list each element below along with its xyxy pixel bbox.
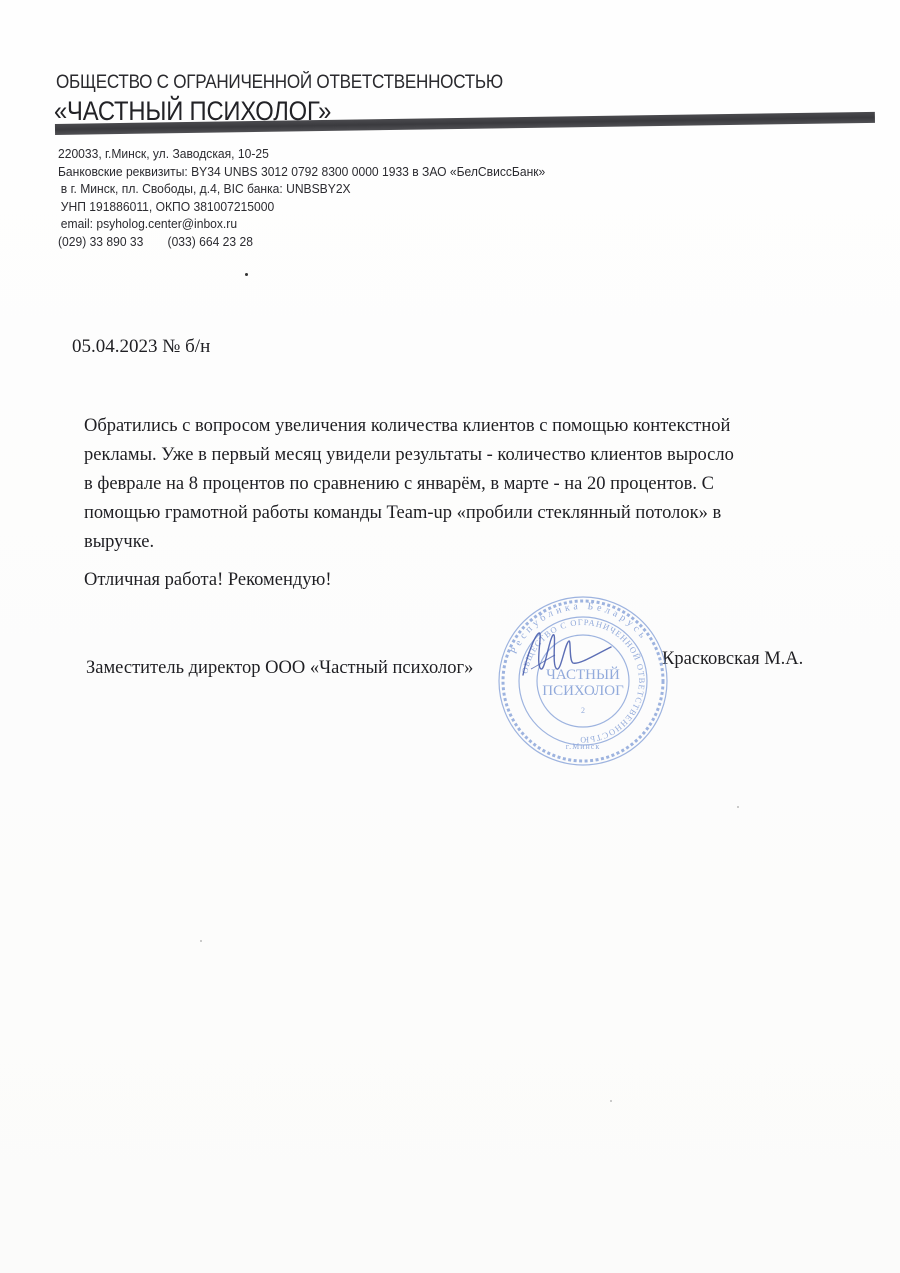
bank-details: Банковские реквизиты: BY34 UNBS 3012 079… (58, 163, 545, 181)
body-line: помощью грамотной работы команды Team-up… (84, 499, 824, 528)
body-line: рекламы. Уже в первый месяц увидели резу… (84, 441, 824, 470)
handwritten-signature-icon (505, 625, 615, 685)
phone-number: (029) 33 890 33 (58, 234, 143, 249)
document-date-reference: 05.04.2023 № б/н (72, 336, 210, 358)
body-line: в феврале на 8 процентов по сравнению с … (84, 470, 824, 499)
registration-numbers: УНП 191886011, ОКПО 381007215000 (58, 198, 545, 216)
closing-recommendation: Отличная работа! Рекомендую! (84, 570, 332, 591)
phone-number: (033) 664 23 28 (168, 234, 253, 249)
stamp-center-line-2: ПСИХОЛОГ (542, 683, 624, 699)
signer-title: Заместитель директор ООО «Частный психол… (86, 658, 473, 679)
org-type-heading: ОБЩЕСТВО С ОГРАНИЧЕННОЙ ОТВЕТСТВЕННОСТЬЮ (56, 72, 503, 94)
company-address: 220033, г.Минск, ул. Заводская, 10-25 (58, 145, 545, 163)
letter-body: Обратились с вопросом увеличения количес… (84, 412, 824, 557)
signer-name: Красковская М.А. (662, 649, 803, 670)
stamp-number: 2 (581, 706, 585, 715)
document-page: ОБЩЕСТВО С ОГРАНИЧЕННОЙ ОТВЕТСТВЕННОСТЬЮ… (0, 0, 900, 1273)
body-line: выручке. (84, 528, 824, 557)
bank-location: в г. Минск, пл. Свободы, д.4, BIC банка:… (58, 180, 545, 198)
company-phones: (029) 33 890 33(033) 664 23 28 (58, 233, 545, 251)
company-requisites: 220033, г.Минск, ул. Заводская, 10-25 Ба… (58, 145, 545, 250)
stamp-city: г.Минск (566, 742, 601, 751)
body-line: Обратились с вопросом увеличения количес… (84, 412, 824, 441)
scan-dot-mark (245, 273, 248, 276)
company-email: email: psyholog.center@inbox.ru (58, 215, 545, 233)
